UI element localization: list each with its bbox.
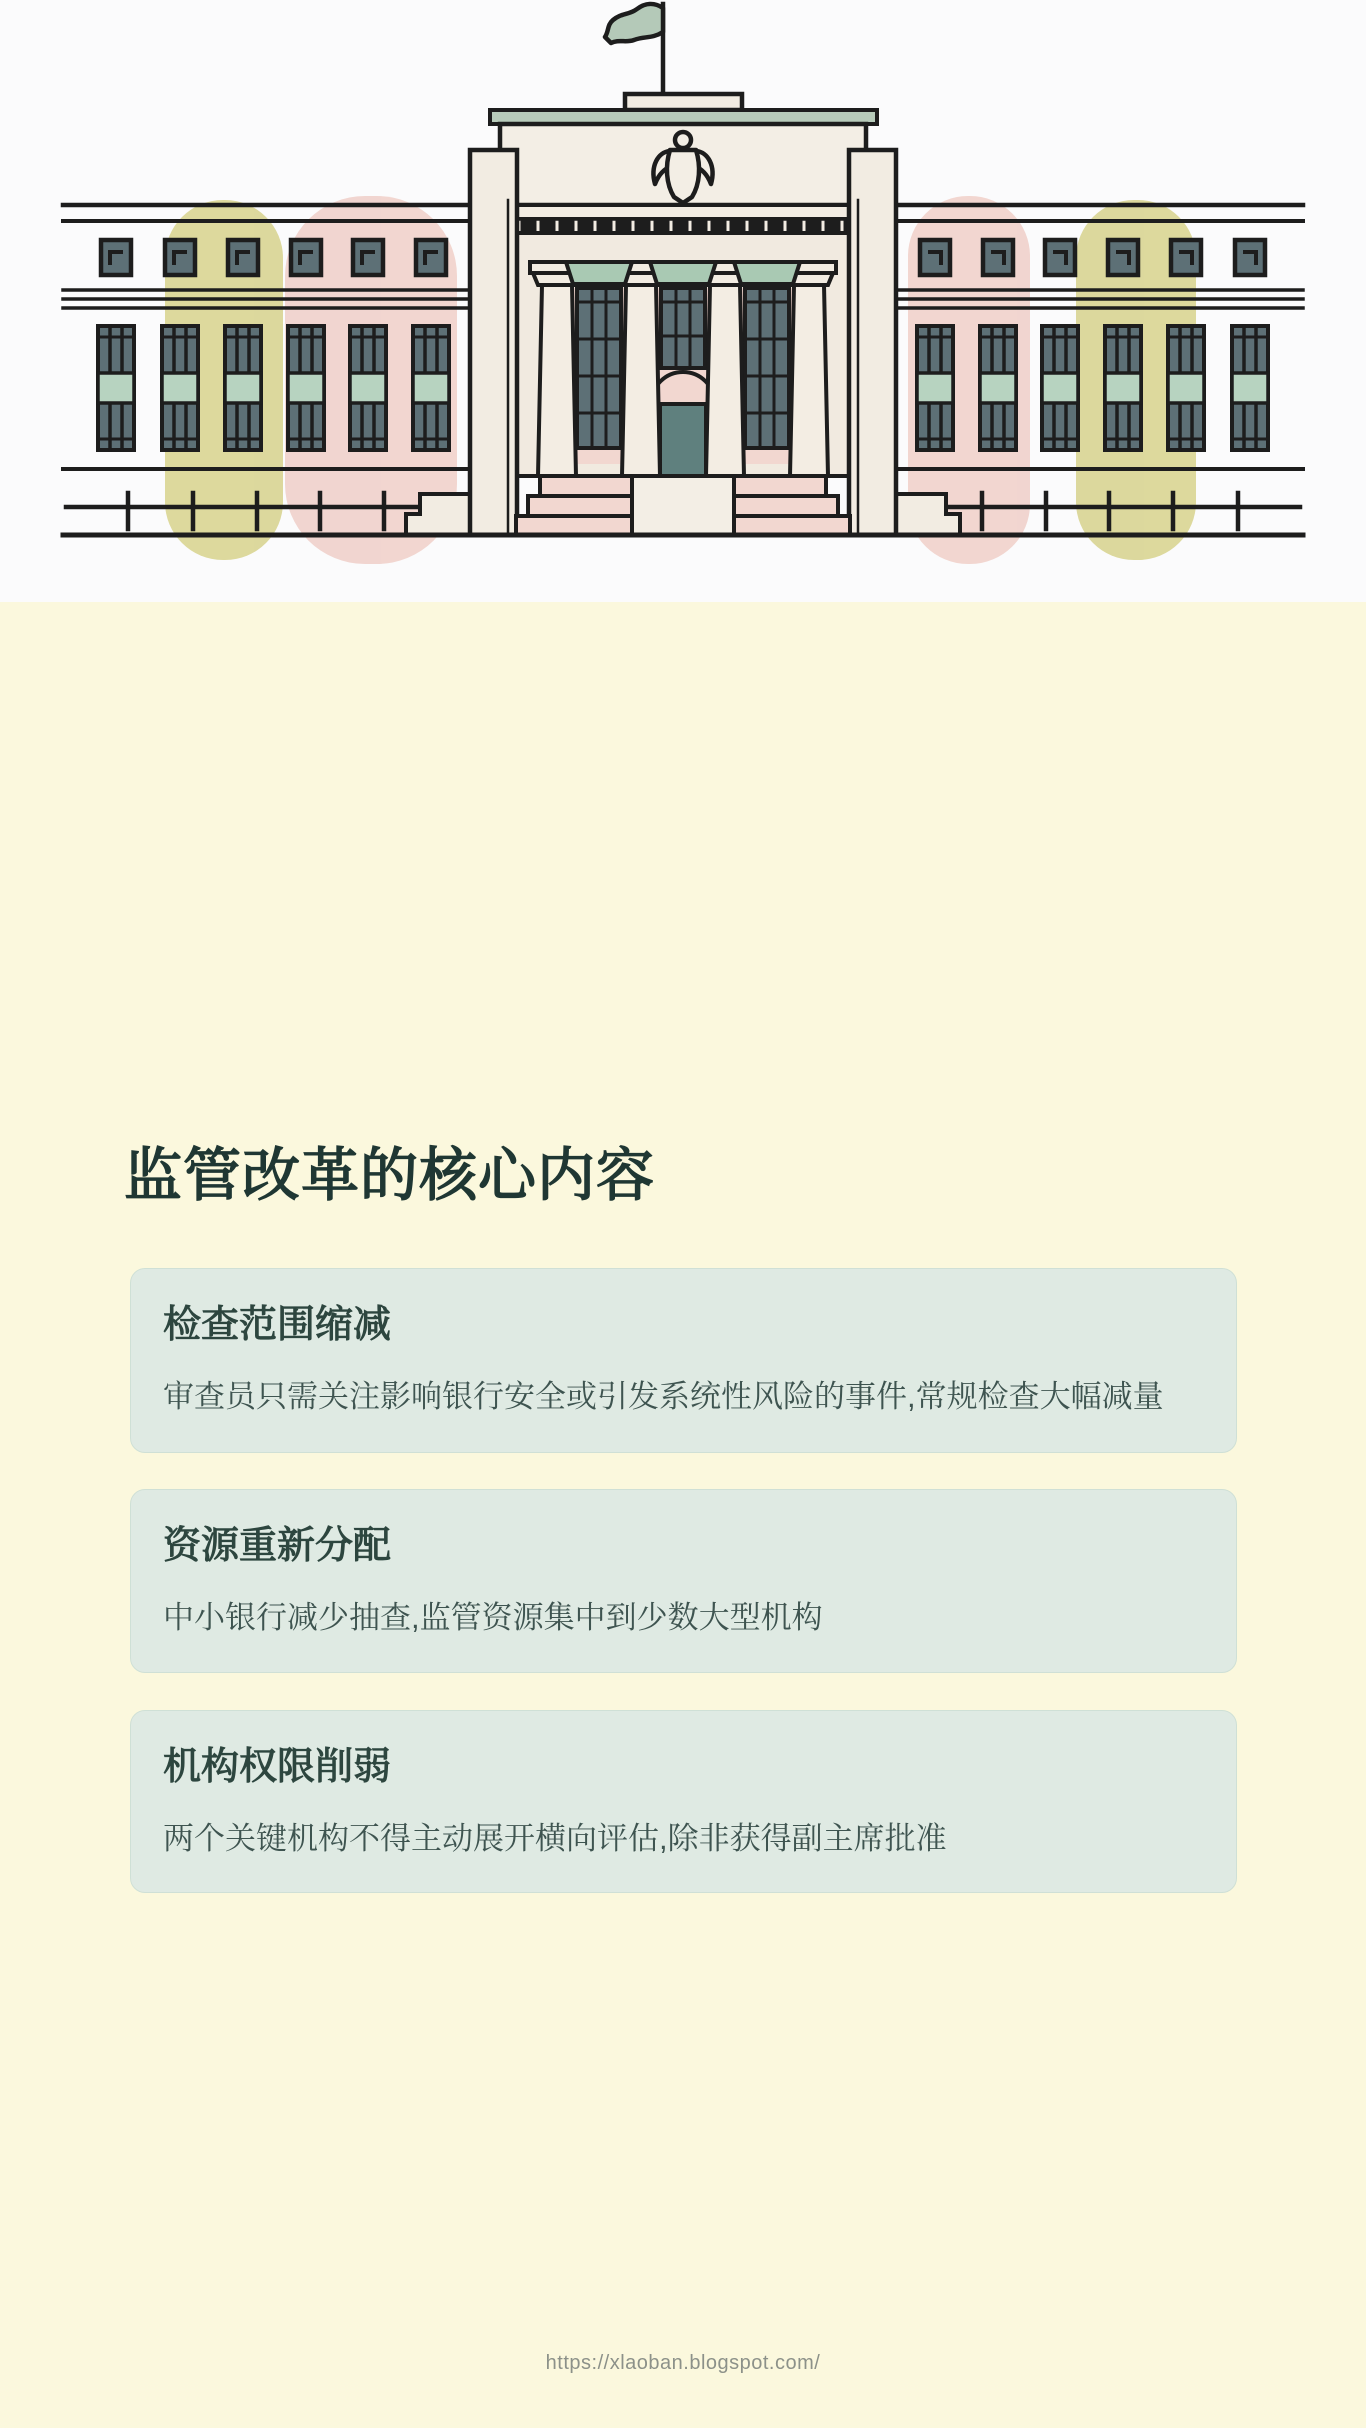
card-resource-reallocation: 资源重新分配 中小银行减少抽查,监管资源集中到少数大型机构 [130, 1489, 1237, 1673]
card-heading: 资源重新分配 [163, 1514, 1204, 1569]
portico-window-right [745, 288, 789, 448]
card-inspection-scope: 检查范围缩减 审查员只需关注影响银行安全或引发系统性风险的事件,常规检查大幅减量 [130, 1268, 1237, 1453]
card-heading: 检查范围缩减 [163, 1293, 1204, 1348]
card-heading: 机构权限削弱 [163, 1735, 1204, 1790]
card-body: 审查员只需关注影响银行安全或引发系统性风险的事件,常规检查大幅减量 [163, 1378, 1204, 1417]
hero-illustration-section [0, 0, 1366, 602]
page-title: 监管改革的核心内容 [124, 1128, 655, 1212]
entrance-steps [516, 476, 850, 535]
entrance-door [660, 404, 706, 476]
portico-window-left [577, 288, 621, 448]
portico-window-center [661, 288, 705, 368]
card-body: 中小银行减少抽查,监管资源集中到少数大型机构 [163, 1599, 1204, 1638]
infographic-page: { "page": { "background_color": "#fbf8dd… [0, 0, 1366, 2428]
entablature [492, 205, 874, 233]
federal-reserve-building-illustration [0, 0, 1366, 602]
card-authority-weakened: 机构权限削弱 两个关键机构不得主动展开横向评估,除非获得副主席批准 [130, 1710, 1237, 1893]
card-body: 两个关键机构不得主动展开横向评估,除非获得副主席批准 [163, 1820, 1204, 1859]
footer-url: https://xlaoban.blogspot.com/ [0, 2352, 1366, 2375]
window-awnings [566, 262, 800, 284]
